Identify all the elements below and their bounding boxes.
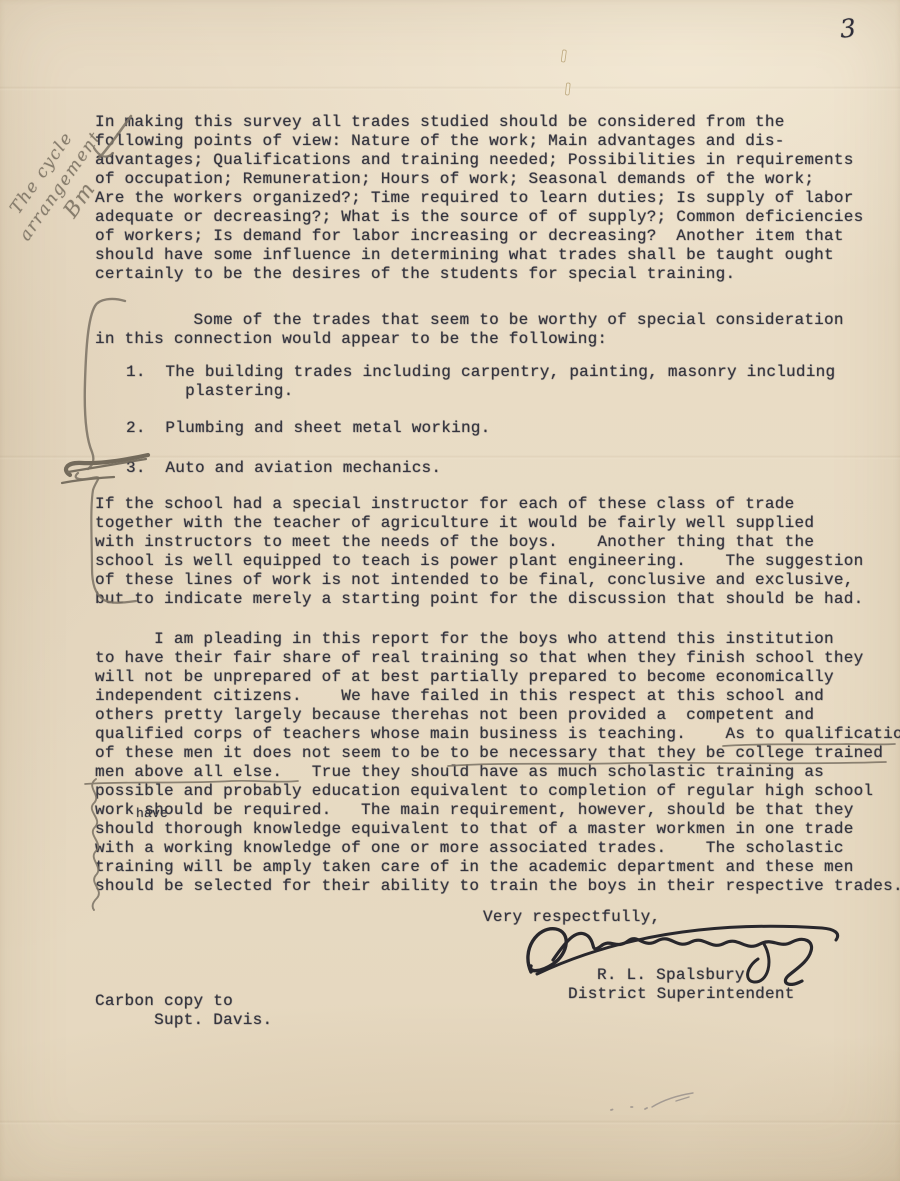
staple-mark (561, 50, 566, 62)
paragraph-survey-points: In making this survey all trades studied… (95, 113, 863, 284)
list-item-building-trades: 1. The building trades including carpent… (126, 363, 835, 401)
paragraph-pleading: I am pleading in this report for the boy… (95, 630, 900, 896)
typed-insertion-have: have (136, 806, 168, 821)
staple-mark (565, 83, 570, 95)
letter-page: 3 The cycle arrangement Bm In making thi… (0, 0, 900, 1181)
signature-typed-title: District Superintendent (568, 985, 795, 1004)
carbon-copy-note: Carbon copy to Supt. Davis. (95, 992, 272, 1030)
list-item-plumbing: 2. Plumbing and sheet metal working. (126, 419, 491, 438)
signature-descender-loop (748, 944, 769, 982)
paper-crease (0, 86, 900, 91)
paragraph-instructors: If the school had a special instructor f… (95, 495, 863, 609)
paragraph-trades-intro: Some of the trades that seem to be worth… (95, 311, 844, 349)
signature-typed-name: R. L. Spalsbury (597, 966, 745, 985)
signature-lead-loop (528, 929, 566, 972)
closing-salutation: Very respectfully, (483, 908, 660, 927)
page-number: 3 (839, 13, 858, 44)
list-item-auto-aviation: 3. Auto and aviation mechanics. (126, 459, 441, 478)
paper-crease (0, 1120, 900, 1125)
ink-smudge (611, 1093, 693, 1110)
